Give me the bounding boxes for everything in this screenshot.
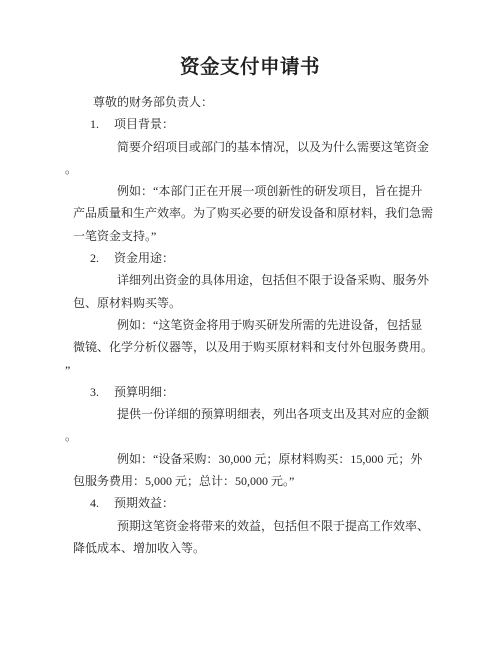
text-line: 。 bbox=[65, 425, 435, 447]
list-item-label: 项目背景： bbox=[114, 117, 174, 131]
list-item-number: 1. bbox=[90, 113, 114, 135]
document-lines: 尊敬的财务部负责人：1.项目背景：简要介绍项目或部门的基本情况，以及为什么需要这… bbox=[73, 91, 435, 559]
text-line: 包、原材料购买等。 bbox=[73, 292, 435, 314]
list-item-line: 4.预期效益： bbox=[90, 492, 435, 514]
text-line: ” bbox=[65, 359, 435, 381]
text-line: 。 bbox=[65, 158, 435, 180]
text-line: 例如：“这笔资金将用于购买研发所需的先进设备，包括显 bbox=[117, 314, 435, 336]
list-item-line: 3.预算明细： bbox=[90, 381, 435, 403]
text-line: 详细列出资金的具体用途，包括但不限于设备采购、服务外 bbox=[117, 269, 435, 291]
list-item-number: 2. bbox=[90, 247, 114, 269]
list-item-label: 预期效益： bbox=[114, 496, 174, 510]
list-item-number: 3. bbox=[90, 381, 114, 403]
document-title: 资金支付申请书 bbox=[0, 55, 500, 81]
text-line: 降低成本、增加收入等。 bbox=[73, 537, 435, 559]
text-line: 提供一份详细的预算明细表，列出各项支出及其对应的金额 bbox=[117, 403, 435, 425]
text-line: 尊敬的财务部负责人： bbox=[93, 91, 435, 113]
list-item-line: 1.项目背景： bbox=[90, 113, 435, 135]
list-item-number: 4. bbox=[90, 492, 114, 514]
text-line: 微镜、化学分析仪器等，以及用于购买原材料和支付外包服务费用。 bbox=[73, 336, 435, 358]
list-item-label: 资金用途： bbox=[114, 251, 174, 265]
text-line: 产品质量和生产效率。为了购买必要的研发设备和原材料，我们急需 bbox=[73, 202, 435, 224]
text-line: 预期这笔资金将带来的效益，包括但不限于提高工作效率、 bbox=[117, 515, 435, 537]
text-line: 例如：“设备采购：30,000 元；原材料购买：15,000 元；外 bbox=[117, 448, 435, 470]
text-line: 例如：“本部门正在开展一项创新性的研发项目，旨在提升 bbox=[117, 180, 435, 202]
text-line: 简要介绍项目或部门的基本情况，以及为什么需要这笔资金 bbox=[117, 136, 435, 158]
text-line: 一笔资金支持。” bbox=[73, 225, 435, 247]
document-page: 资金支付申请书 尊敬的财务部负责人：1.项目背景：简要介绍项目或部门的基本情况，… bbox=[0, 0, 500, 647]
list-item-line: 2.资金用途： bbox=[90, 247, 435, 269]
list-item-label: 预算明细： bbox=[114, 385, 174, 399]
text-line: 包服务费用：5,000 元；总计：50,000 元。” bbox=[73, 470, 435, 492]
